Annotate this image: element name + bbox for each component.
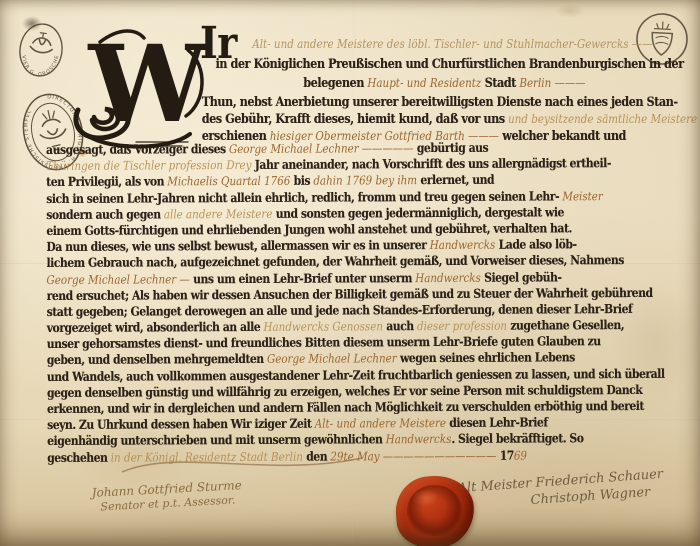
printed-text: gegen denselben günstig und willfährig z…	[47, 382, 642, 400]
printed-text: einem Gotts-fürchtigen und ehrliebenden …	[46, 220, 572, 238]
handwritten-text: alle andere Meistere	[164, 207, 276, 222]
document-line: sich in seinen Lehr-Jahren nicht allein …	[46, 187, 700, 207]
printed-text: 17	[500, 447, 514, 462]
flourish-stroke	[122, 458, 362, 472]
document-body: ausgesagt, daß Vorzeiger dieses George M…	[46, 139, 700, 466]
handwritten-text: Haupt- und Residentz	[367, 76, 484, 90]
signature-right: Alt Meister Friederich Schauer Christoph…	[457, 467, 665, 513]
printed-text: diesen Lehr-Brief	[449, 415, 547, 430]
crowned-shield-icon	[651, 21, 673, 55]
printed-text: Siegel gebüh-	[484, 269, 561, 284]
ornate-initial-w: W	[68, 22, 218, 152]
handwritten-text: Alt- und andere Meistere des löbl. Tisch…	[252, 37, 652, 51]
printed-text: geben, und denselben mehrgemeldten	[47, 351, 267, 367]
handwritten-text: Handwercks Genossen	[263, 319, 386, 334]
lehrbrief-document-scan: VIER G. GROSCHEN DIRECTORII KÖNIGLICH. P…	[0, 0, 700, 546]
handwritten-text: Meister	[562, 189, 603, 203]
printed-text: sondern auch gegen	[46, 206, 164, 222]
handwritten-text: Berlin ———	[519, 76, 585, 90]
eagle-icon	[30, 32, 54, 54]
handwritten-text: Thüringen die Tischler profession Drey	[46, 158, 255, 173]
printed-text: lichem Gebrauch nach, aufgezeichnet gefu…	[46, 252, 623, 270]
header-handwriting: Alt- und andere Meistere des löbl. Tisch…	[252, 36, 652, 53]
handwritten-text: Handwercks	[415, 270, 484, 284]
printed-text: rend ersuchet; Als haben wir dessen Ansu…	[47, 285, 653, 303]
handwritten-text: 69	[514, 448, 527, 462]
printed-text: zugethane Gesellen,	[510, 317, 624, 333]
printed-text: ten Privilegii, als von	[46, 174, 167, 190]
printed-text: seyn. Zu Uhrkund dessen haben Wir iziger…	[47, 416, 315, 432]
stamp-ring	[17, 21, 66, 78]
printed-text: erkennen, und wir in dergleichen und and…	[47, 398, 644, 416]
printed-text: erlernet, und	[420, 172, 494, 187]
handwritten-text: dieser profession	[417, 319, 510, 333]
printed-text: geschehen	[47, 449, 111, 464]
paper-stain	[555, 4, 585, 18]
printed-text: gebürtig aus	[417, 140, 488, 155]
printed-text: auch	[386, 318, 417, 333]
printed-text: Da nun dieses, wie uns selbst bewust, al…	[46, 237, 429, 254]
printed-text: belegenen	[303, 76, 367, 91]
printed-text: Jahr aneinander, nach Vorschrifft des un…	[255, 155, 611, 172]
printed-text: und Wandels, auch vollkommen ausgestande…	[47, 365, 665, 383]
printed-text: . Siegel bekräfftiget. So	[451, 431, 583, 447]
printed-text: vorgezeiget wird, absonderlich an alle	[47, 319, 264, 335]
printed-text: wegen seines ehrlichen Lebens	[400, 350, 575, 366]
printed-text: uns um einen Lehr-Brief unter unserm	[193, 270, 415, 286]
handwritten-text: Michaelis Quartal 1766	[167, 174, 293, 189]
printed-text: in der Königlichen Preußischen und Churf…	[215, 57, 683, 72]
pen-flourish	[118, 452, 368, 480]
printed-text: ausgesagt, daß Vorzeiger dieses	[46, 141, 229, 157]
handwritten-text: George Michael Lechner —	[46, 272, 193, 287]
header-row: belegenen Haupt- und Residentz Stadt Ber…	[303, 75, 585, 92]
handwritten-text: dahin 1769 bey ihm	[313, 173, 420, 188]
document-line: lichem Gebrauch nach, aufgezeichnet gefu…	[46, 252, 700, 272]
handwritten-text: Handwercks	[430, 238, 496, 252]
printed-text: statt gegeben; Gelanget derowegen an all…	[47, 301, 633, 319]
printed-text: bis	[294, 173, 314, 188]
handwritten-text: Handwercks	[386, 432, 452, 446]
printed-text: eigenhändig unterschrieben und mit unser…	[47, 432, 386, 449]
header-row: in der Königlichen Preußischen und Churf…	[215, 56, 683, 73]
tax-stamp-vier-groschen: VIER G. GROSCHEN	[12, 17, 70, 83]
printed-text: unser gehorsamstes dienst- und freundlic…	[47, 333, 601, 351]
printed-text: Stadt	[485, 76, 520, 91]
printed-text: des Gebühr, Krafft dieses, hiemit kund, …	[202, 112, 508, 127]
printed-text: Lade also löb-	[495, 236, 576, 251]
handwritten-text: George Michael Lechner	[267, 352, 400, 367]
dropcap-letter: W	[87, 22, 209, 146]
handwritten-text: und beysitzende sämtliche Meistere	[508, 112, 697, 126]
handwritten-text: Alt- und andere Meistere	[315, 416, 450, 431]
printed-text: und sonsten gegen jedermänniglich, derge…	[276, 204, 564, 220]
signature-left: Johann Gottfried Sturme Senator et p.t. …	[91, 478, 243, 514]
header-row: Thun, nebst Anerbietung unserer bereitwi…	[202, 94, 678, 111]
printed-text: Thun, nebst Anerbietung unserer bereitwi…	[202, 95, 678, 110]
printed-text: sich in seinen Lehr-Jahren nicht allein …	[46, 188, 562, 206]
header-row: des Gebühr, Krafft dieses, hiemit kund, …	[202, 111, 697, 128]
handwritten-text: George Michael Lechner —————	[229, 141, 417, 156]
